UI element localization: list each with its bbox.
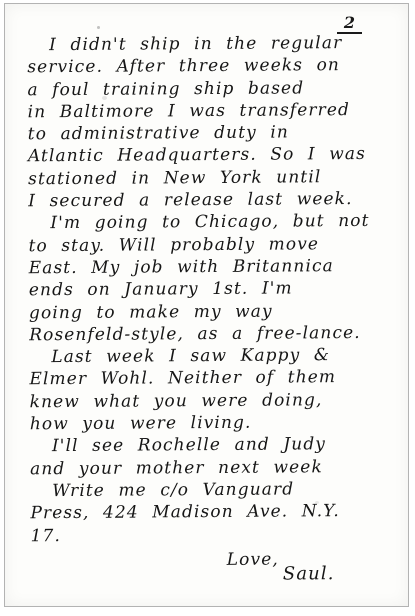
letter-line: Rosenfeld-style, as a free-lance. <box>29 322 398 347</box>
letter-line: East. My job with Britannica <box>29 255 398 280</box>
letter-line: to stay. Will probably move <box>28 232 397 257</box>
letter-line: Write me c/o Vanguard <box>30 478 399 503</box>
letter-line: to administrative duty in <box>28 121 397 146</box>
scan-speck <box>97 26 100 29</box>
signature: Saul. <box>283 563 400 586</box>
letter-line: Atlantic Headquarters. So I was <box>28 143 397 168</box>
letter-line: I secured a release last week. <box>28 188 397 213</box>
letter-line: and your mother next week <box>30 455 399 480</box>
letter-line: I'm going to Chicago, but not <box>28 210 397 235</box>
letter-body: I didn't ship in the regular service. Af… <box>27 32 400 588</box>
scanned-letter: 2 I didn't ship in the regular service. … <box>0 0 415 616</box>
letter-line: service. After three weeks on <box>27 54 396 79</box>
page-number: 2 <box>337 13 362 34</box>
letter-page: 2 I didn't ship in the regular service. … <box>4 3 409 607</box>
letter-line: 17. <box>30 522 399 547</box>
letter-line: ends on January 1st. I'm <box>29 277 398 302</box>
letter-line: I'll see Rochelle and Judy <box>30 433 399 458</box>
letter-line: knew what you were doing, <box>30 388 399 413</box>
letter-line: Press, 424 Madison Ave. N.Y. <box>30 500 399 525</box>
letter-line: in Baltimore I was transferred <box>28 99 397 124</box>
letter-line: stationed in New York until <box>28 165 397 190</box>
letter-line: Last week I saw Kappy & <box>29 344 398 369</box>
letter-line: how you were living. <box>30 411 399 436</box>
letter-line: a foul training ship based <box>27 76 396 101</box>
letter-line: I didn't ship in the regular <box>27 32 396 57</box>
closing-block: Love, Saul. <box>31 548 400 588</box>
letter-line: going to make my way <box>29 299 398 324</box>
letter-line: Elmer Wohl. Neither of them <box>29 366 398 391</box>
